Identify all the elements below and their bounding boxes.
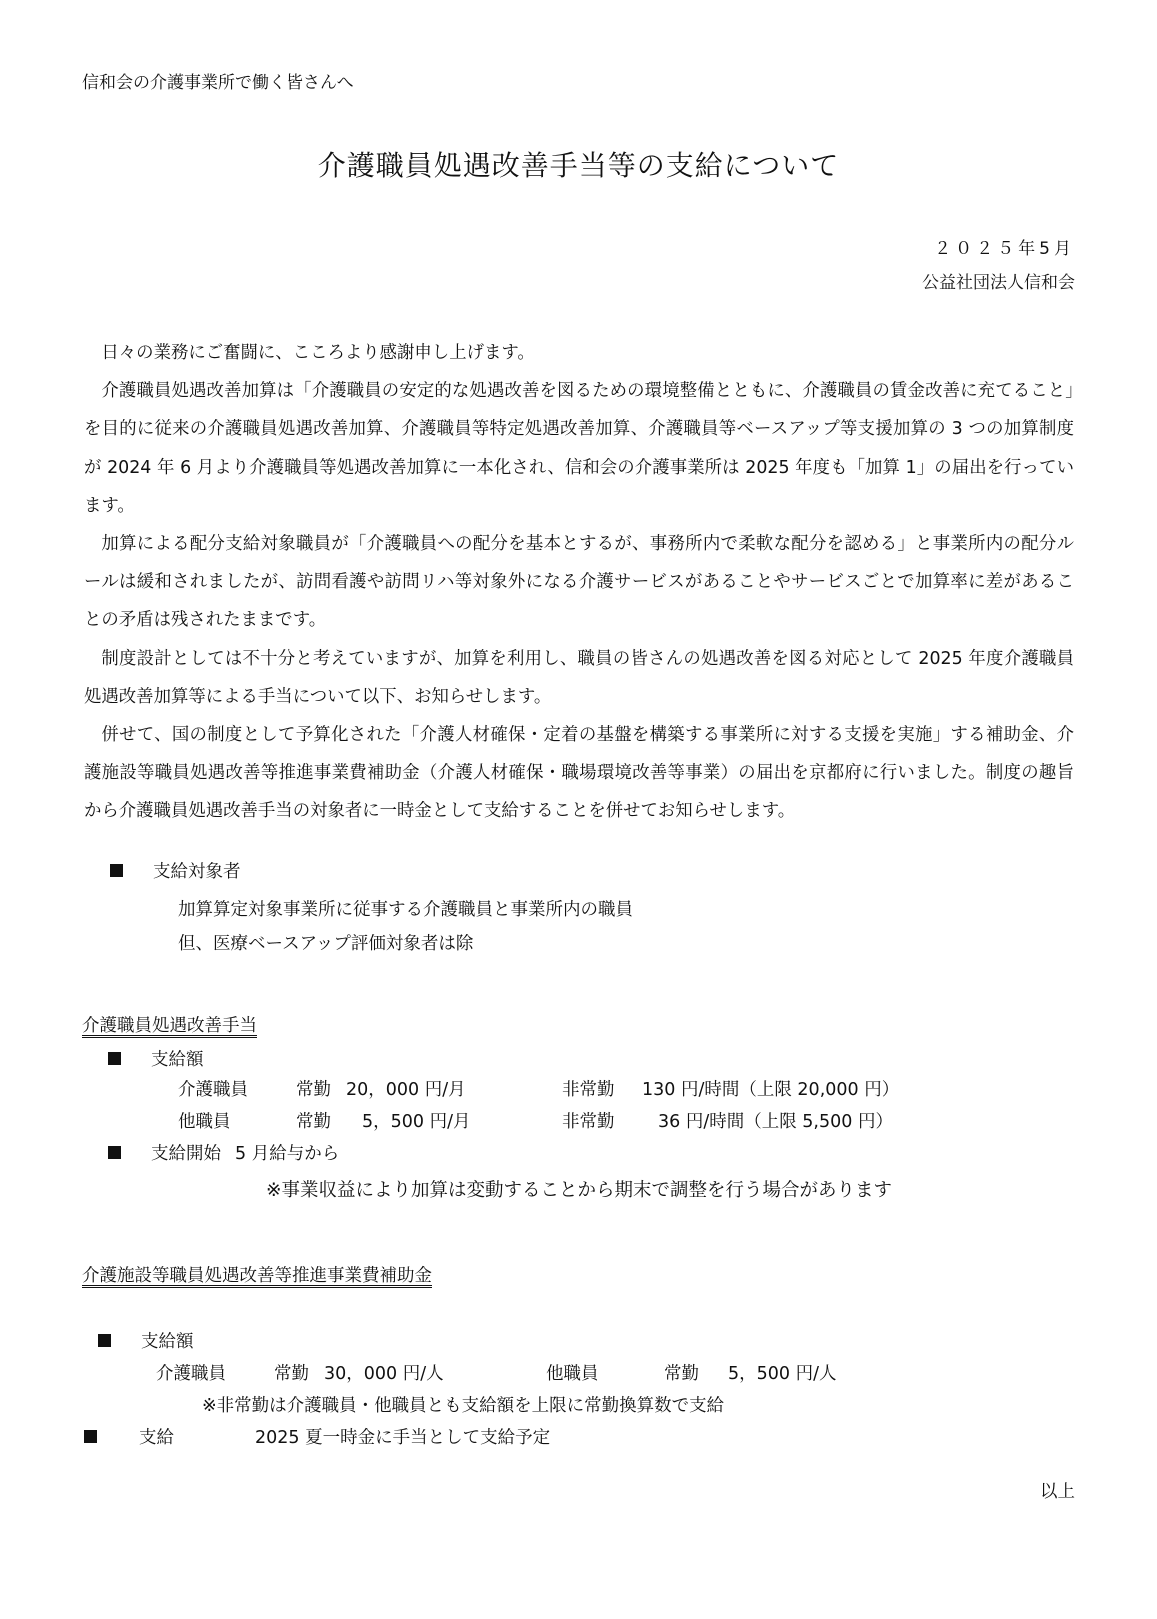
body-paragraphs: 日々の業務にご奮闘に、こころより感謝申し上げます。 介護職員処遇改善加算は「介護…: [84, 334, 1074, 831]
section-heading-subsidy: 介護施設等職員処遇改善等推進事業費補助金: [82, 1262, 432, 1287]
document-title: 介護職員処遇改善手当等の支給について: [0, 144, 1157, 184]
eligibility-line: 但、医療ベースアップ評価対象者は除: [178, 930, 473, 955]
paragraph: 加算による配分支給対象職員が「介護職員への配分を基本とするが、事務所内で柔軟な配…: [84, 525, 1074, 640]
amount-heading: 支給額: [108, 1046, 204, 1071]
amount-heading: 支給額: [98, 1328, 194, 1353]
addressee: 信和会の介護事業所で働く皆さんへ: [82, 68, 354, 93]
section-heading-allowance: 介護職員処遇改善手当: [82, 1012, 257, 1037]
square-bullet-icon: [98, 1334, 111, 1347]
allowance-row: 他職員常勤5，500 円/月非常勤36 円/時間（上限 5,500 円）: [178, 1108, 893, 1133]
paragraph: 介護職員処遇改善加算は「介護職員の安定的な処遇改善を図るための環境整備とともに、…: [84, 372, 1074, 525]
eligibility-line: 加算算定対象事業所に従事する介護職員と事業所内の職員: [178, 896, 633, 921]
subsidy-row: 介護職員常勤30，000 円/人他職員常勤5，500 円/人: [156, 1360, 837, 1385]
paragraph: 併せて、国の制度として予算化された「介護人材確保・定着の基盤を構築する事業所に対…: [84, 716, 1074, 831]
organization-name: 公益社団法人信和会: [922, 268, 1075, 293]
square-bullet-icon: [110, 864, 123, 877]
eligibility-heading: 支給対象者: [110, 858, 241, 883]
start-row: 支給開始5 月給与から: [108, 1140, 339, 1165]
allowance-row: 介護職員常勤20，000 円/月非常勤130 円/時間（上限 20,000 円）: [178, 1076, 899, 1101]
paragraph: 制度設計としては不十分と考えていますが、加算を利用し、職員の皆さんの処遇改善を図…: [84, 640, 1074, 716]
issue-date: ２０２５年5月: [934, 234, 1075, 259]
square-bullet-icon: [108, 1146, 121, 1159]
parttime-note: ※非常勤は介護職員・他職員とも支給額を上限に常勤換算数で支給: [202, 1392, 724, 1417]
payment-row: 支給2025 夏一時金に手当として支給予定: [84, 1424, 550, 1449]
closing-remark: 以上: [1040, 1478, 1075, 1503]
paragraph: 日々の業務にご奮闘に、こころより感謝申し上げます。: [84, 334, 1074, 372]
square-bullet-icon: [84, 1430, 97, 1443]
square-bullet-icon: [108, 1052, 121, 1065]
adjustment-note: ※事業収益により加算は変動することから期末で調整を行う場合があります: [266, 1176, 892, 1202]
